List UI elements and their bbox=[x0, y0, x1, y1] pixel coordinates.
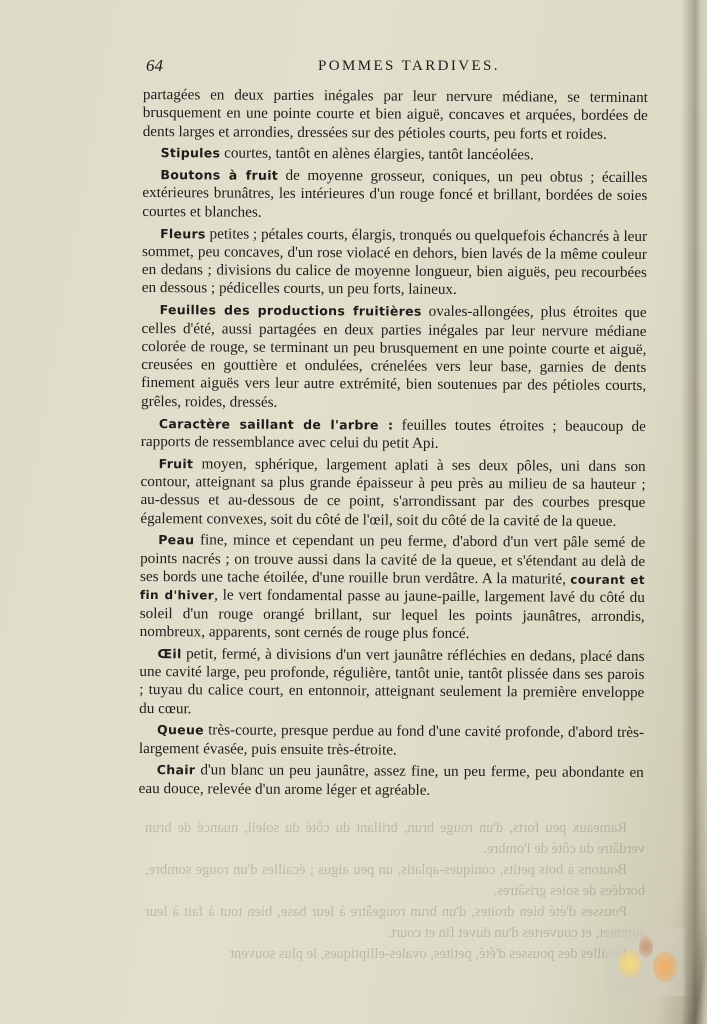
paragraph-fruit: Fruit moyen, sphérique, largement aplati… bbox=[140, 455, 645, 531]
bleed-through-text: Rameaux peu forts, d'un rouge brun, bril… bbox=[145, 818, 645, 965]
paragraph-chair: Chair d'un blanc un peu jaunâtre, assez … bbox=[139, 761, 644, 801]
reflection-glow bbox=[639, 936, 653, 958]
term-heading: Œil bbox=[157, 646, 181, 661]
bleed-line: Feuilles des pousses d'été, petites, ova… bbox=[145, 944, 645, 965]
paragraph-text: moyen, sphérique, largement aplati à ses… bbox=[140, 455, 645, 529]
paragraph-queue: Queue très-courte, presque perdue au fon… bbox=[139, 721, 644, 761]
paragraph-fleurs: Fleurs petites ; pétales courts, élargis… bbox=[142, 225, 647, 301]
paragraph-text: d'un blanc un peu jaunâtre, assez fine, … bbox=[139, 762, 644, 799]
term-heading: Chair bbox=[157, 762, 196, 777]
term-heading: Boutons à fruit bbox=[160, 167, 278, 183]
bleed-line: Boutons à bois petits, coniques-aplatis,… bbox=[145, 860, 645, 902]
bleed-line: Pousses d'été bien droites, d'un brun ro… bbox=[145, 902, 645, 944]
paragraph-text: courtes, tantôt en alènes élargies, tant… bbox=[220, 145, 534, 164]
term-heading: Caractère saillant de l'arbre : bbox=[159, 416, 394, 432]
paragraph-stipules: Stipules courtes, tantôt en alènes élarg… bbox=[143, 144, 648, 165]
book-page: 64 POMMES TARDIVES. partagées en deux pa… bbox=[0, 0, 707, 1024]
term-heading: Peau bbox=[158, 532, 194, 547]
paragraph-oeil: Œil petit, fermé, à divisions d'un vert … bbox=[139, 645, 644, 721]
paragraph-leaves-continued: partagées en deux parties inégales par l… bbox=[143, 86, 648, 144]
running-title: POMMES TARDIVES. bbox=[318, 58, 500, 75]
paragraph-text: partagées en deux parties inégales par l… bbox=[143, 86, 648, 142]
paragraph-text: , le vert fondamental passe au jaune-pai… bbox=[140, 587, 645, 642]
paragraph-text: très-courte, presque perdue au fond d'un… bbox=[139, 722, 644, 758]
book-gutter-shadow bbox=[681, 0, 707, 1024]
bleed-line: Rameaux peu forts, d'un rouge brun, bril… bbox=[145, 818, 645, 860]
term-heading: Fleurs bbox=[160, 226, 206, 241]
running-head: 64 POMMES TARDIVES. bbox=[146, 56, 646, 78]
paragraph-caractere-saillant: Caractère saillant de l'arbre : feuilles… bbox=[141, 415, 646, 455]
reflection-glow bbox=[653, 952, 677, 982]
paragraph-text: ovales-allongées, plus étroites que cell… bbox=[141, 303, 647, 411]
paragraph-text: petit, fermé, à divisions d'un vert jaun… bbox=[139, 645, 644, 717]
paragraph-peau: Peau fine, mince et cependant un peu fer… bbox=[140, 531, 646, 644]
term-heading: Stipules bbox=[161, 145, 221, 160]
light-reflection-artifact bbox=[605, 928, 685, 996]
term-heading: Queue bbox=[157, 722, 204, 737]
reflection-glow bbox=[619, 950, 641, 978]
body-text: partagées en deux parties inégales par l… bbox=[139, 86, 648, 805]
page-number: 64 bbox=[146, 56, 163, 76]
term-heading: Feuilles des productions fruitières bbox=[160, 302, 422, 319]
paragraph-boutons-a-fruit: Boutons à fruit de moyenne grosseur, con… bbox=[142, 166, 647, 224]
paragraph-text: petites ; pétales courts, élargis, tronq… bbox=[142, 225, 647, 298]
term-heading: Fruit bbox=[159, 456, 194, 471]
paragraph-feuilles-productions-fruitieres: Feuilles des productions fruitières oval… bbox=[141, 301, 647, 414]
